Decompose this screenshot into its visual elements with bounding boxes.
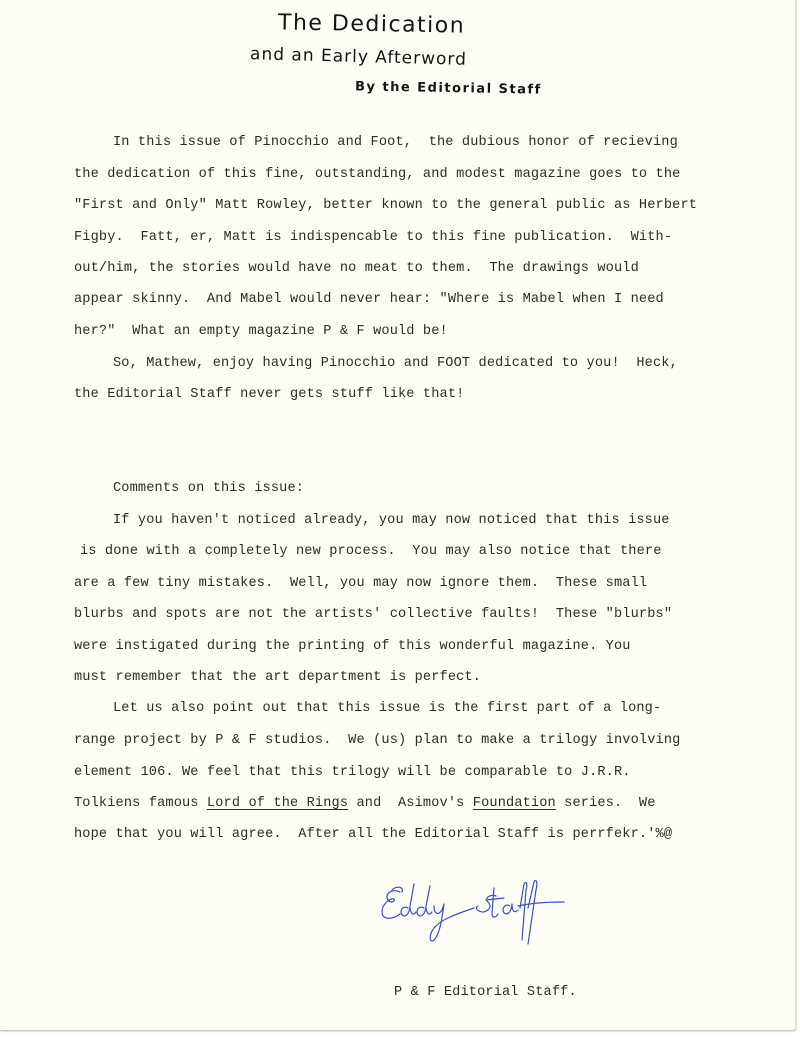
text-line: were instigated during the printing of t…	[74, 639, 631, 655]
text-line: the dedication of this fine, outstanding…	[74, 167, 680, 183]
comments-heading: Comments on this issue:	[113, 481, 304, 497]
text-line: In this issue of Pinocchio and Foot, the…	[113, 135, 678, 151]
typed-signature: P & F Editorial Staff.	[394, 985, 577, 1001]
text-line: her?" What an empty magazine P & F would…	[74, 324, 448, 340]
text-line: is done with a completely new process. Y…	[80, 544, 662, 560]
text-line: are a few tiny mistakes. Well, you may n…	[74, 576, 647, 592]
handwritten-signature: Eddy Staff	[378, 878, 568, 954]
text-line: element 106. We feel that this trilogy w…	[74, 765, 631, 781]
handwritten-title: The Dedication	[278, 10, 466, 38]
text-line: If you haven't noticed already, you may …	[113, 513, 670, 529]
text-line: the Editorial Staff never gets stuff lik…	[74, 387, 464, 403]
text-line: blurbs and spots are not the artists' co…	[74, 607, 672, 623]
document-page: The Dedication and an Early Afterword By…	[0, 0, 796, 1031]
text-line: range project by P & F studios. We (us) …	[74, 733, 680, 749]
handwritten-subtitle: and an Early Afterword	[250, 44, 467, 70]
handwritten-byline: By the Editorial Staff	[355, 79, 542, 97]
text-fragment: and Asimov's	[348, 796, 473, 811]
text-line: must remember that the art department is…	[74, 670, 481, 686]
text-line: "First and Only" Matt Rowley, better kno…	[74, 198, 697, 214]
text-fragment: series. We	[556, 796, 656, 811]
text-fragment: Tolkiens famous	[74, 796, 207, 811]
text-line: Let us also point out that this issue is…	[113, 701, 661, 717]
text-line: So, Mathew, enjoy having Pinocchio and F…	[113, 356, 678, 372]
text-line: out/him, the stories would have no meat …	[74, 261, 639, 277]
text-line: Figby. Fatt, er, Matt is indispencable t…	[74, 230, 672, 246]
text-line: Tolkiens famous Lord of the Rings and As…	[74, 796, 656, 812]
text-line: hope that you will agree. After all the …	[74, 827, 672, 843]
book-title-lord-of-the-rings: Lord of the Rings	[207, 796, 348, 811]
book-title-foundation: Foundation	[473, 796, 556, 811]
text-line: appear skinny. And Mabel would never hea…	[74, 292, 664, 308]
